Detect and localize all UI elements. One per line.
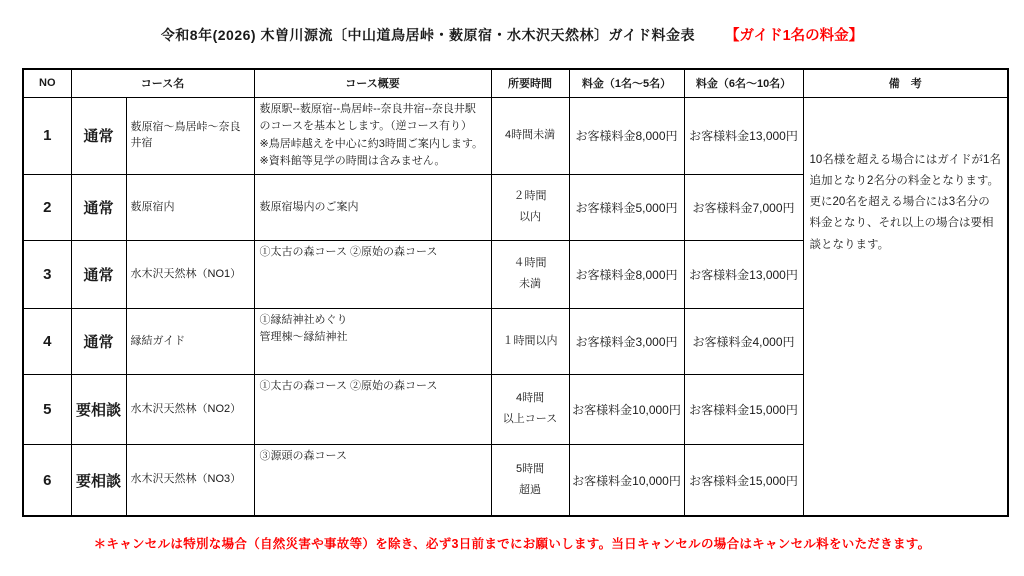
header-fee-6-10: 料金（6名～10名） xyxy=(684,69,803,97)
row-course-name: 水木沢天然林（NO1） xyxy=(126,240,254,308)
title-highlight: 【ガイド1名の料金】 xyxy=(725,24,863,45)
row-fee-6-10: お客様料金15,000円 xyxy=(684,374,803,444)
row-course-summary: 薮原宿場内のご案内 xyxy=(254,174,491,240)
row-course-name: 薮原宿内 xyxy=(126,174,254,240)
header-remarks: 備 考 xyxy=(803,69,1008,97)
header-row: NO コース名 コース概要 所要時間 料金（1名～5名） 料金（6名～10名） … xyxy=(23,69,1008,97)
row-course-name: 水木沢天然林（NO2） xyxy=(126,374,254,444)
row-type: 要相談 xyxy=(71,444,126,516)
header-fee-1-5: 料金（1名～5名） xyxy=(569,69,684,97)
header-no: NO xyxy=(23,69,71,97)
row-course-summary: 薮原駅--薮原宿--鳥居峠--奈良井宿--奈良井駅 のコースを基本とします。（逆… xyxy=(254,97,491,174)
row-course-summary: ①縁結神社めぐり 管理棟～縁結神社 xyxy=(254,308,491,374)
row-duration: ４時間 未満 xyxy=(491,240,569,308)
header-course-name: コース名 xyxy=(71,69,254,97)
row-course-summary: ③源頭の森コース xyxy=(254,444,491,516)
title-main: 令和8年(2026) 木曽川源流〔中山道鳥居峠・薮原宿・水木沢天然林〕ガイド料金… xyxy=(161,25,695,45)
row-type: 通常 xyxy=(71,174,126,240)
header-course-summary: コース概要 xyxy=(254,69,491,97)
row-fee-1-5: お客様料金8,000円 xyxy=(569,240,684,308)
row-no: 5 xyxy=(23,374,71,444)
page-title: 令和8年(2026) 木曽川源流〔中山道鳥居峠・薮原宿・水木沢天然林〕ガイド料金… xyxy=(0,0,1024,44)
row-course-summary: ①太古の森コース ②原始の森コース xyxy=(254,240,491,308)
row-course-name: 水木沢天然林（NO3） xyxy=(126,444,254,516)
row-fee-1-5: お客様料金3,000円 xyxy=(569,308,684,374)
row-fee-1-5: お客様料金8,000円 xyxy=(569,97,684,174)
table-row: 1 通常 薮原宿～鳥居峠～奈良井宿 薮原駅--薮原宿--鳥居峠--奈良井宿--奈… xyxy=(23,97,1008,174)
row-fee-1-5: お客様料金10,000円 xyxy=(569,444,684,516)
row-type: 要相談 xyxy=(71,374,126,444)
row-no: 1 xyxy=(23,97,71,174)
row-fee-1-5: お客様料金5,000円 xyxy=(569,174,684,240)
row-fee-6-10: お客様料金7,000円 xyxy=(684,174,803,240)
row-type: 通常 xyxy=(71,240,126,308)
row-duration: ２時間 以内 xyxy=(491,174,569,240)
row-fee-1-5: お客様料金10,000円 xyxy=(569,374,684,444)
row-duration: 5時間 超過 xyxy=(491,444,569,516)
row-duration: 4時間未満 xyxy=(491,97,569,174)
row-no: 4 xyxy=(23,308,71,374)
cancellation-note: ＊キャンセルは特別な場合（自然災害や事故等）を除き、必ず3日前までにお願いします… xyxy=(0,534,1024,552)
row-duration: １時間以内 xyxy=(491,308,569,374)
row-no: 2 xyxy=(23,174,71,240)
row-fee-6-10: お客様料金15,000円 xyxy=(684,444,803,516)
row-no: 6 xyxy=(23,444,71,516)
row-course-summary: ①太古の森コース ②原始の森コース xyxy=(254,374,491,444)
row-fee-6-10: お客様料金13,000円 xyxy=(684,97,803,174)
row-type: 通常 xyxy=(71,308,126,374)
row-type: 通常 xyxy=(71,97,126,174)
row-fee-6-10: お客様料金13,000円 xyxy=(684,240,803,308)
row-course-name: 縁結ガイド xyxy=(126,308,254,374)
row-fee-6-10: お客様料金4,000円 xyxy=(684,308,803,374)
row-course-name: 薮原宿～鳥居峠～奈良井宿 xyxy=(126,97,254,174)
guide-fee-table: NO コース名 コース概要 所要時間 料金（1名～5名） 料金（6名～10名） … xyxy=(22,68,1009,517)
header-duration: 所要時間 xyxy=(491,69,569,97)
row-duration: 4時間 以上コース xyxy=(491,374,569,444)
remarks-cell: 10名様を超える場合にはガイドが1名追加となり2名分の料金となります。更に20名… xyxy=(803,97,1008,516)
row-no: 3 xyxy=(23,240,71,308)
